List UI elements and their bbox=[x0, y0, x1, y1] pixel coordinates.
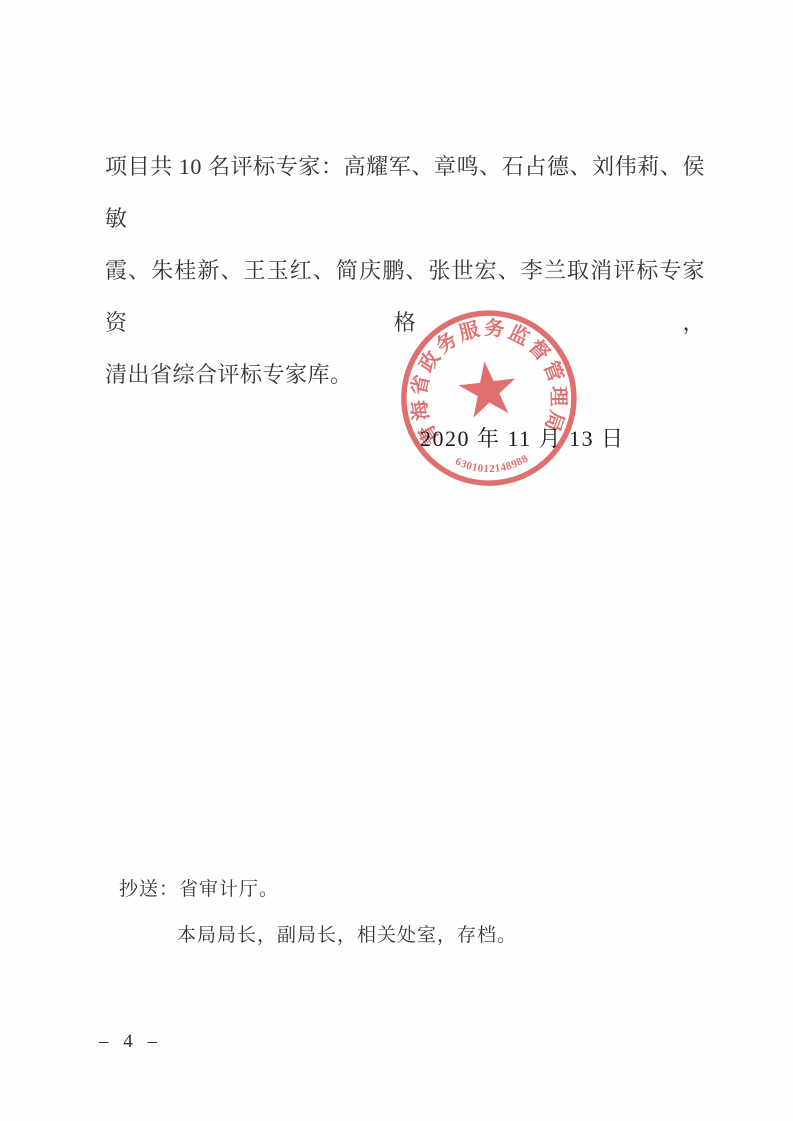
page-number: – 4 – bbox=[99, 1031, 162, 1053]
distribution-line: 本局局长，副局长，相关处室，存档。 bbox=[177, 920, 517, 947]
star-icon bbox=[456, 358, 519, 419]
body-line-1: 项目共 10 名评标专家：高耀军、章鸣、石占德、刘伟莉、侯敏 bbox=[105, 141, 705, 245]
document-page: 项目共 10 名评标专家：高耀军、章鸣、石占德、刘伟莉、侯敏 霞、朱桂新、王玉红… bbox=[0, 0, 793, 1121]
official-seal: 青海省政务服务监督管理局 6301012148988 bbox=[381, 290, 599, 508]
cc-line: 抄送：省审计厅。 bbox=[119, 874, 279, 901]
